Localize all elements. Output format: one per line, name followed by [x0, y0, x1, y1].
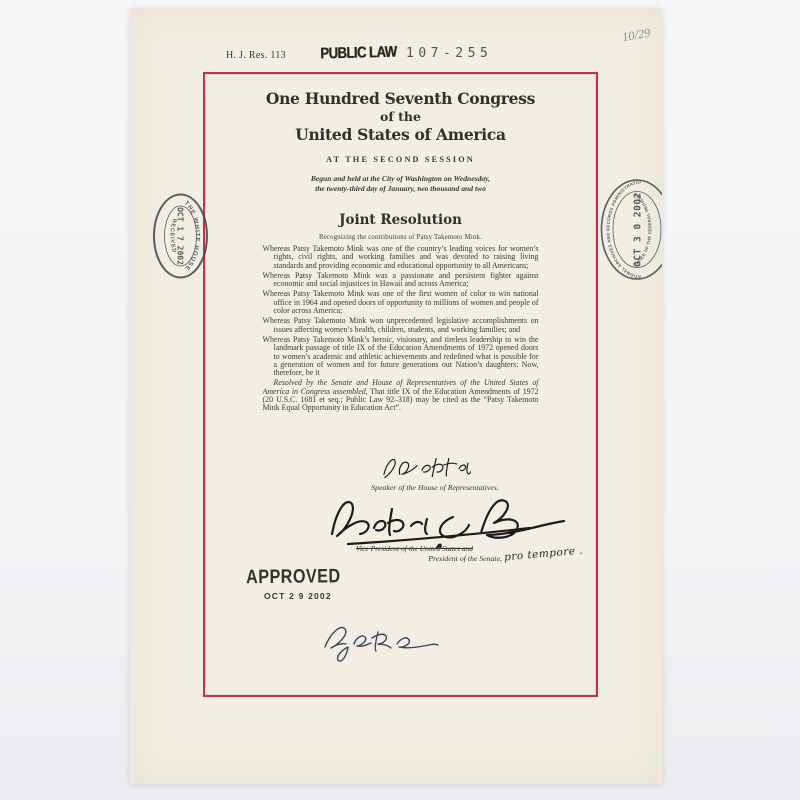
- red-border-frame: One Hundred Seventh Congress of the Unit…: [203, 72, 598, 697]
- public-law-number: 107-255: [406, 46, 492, 61]
- president-signature: [301, 617, 441, 667]
- resolution-number: H. J. Res. 113: [226, 50, 286, 61]
- photo-background: H. J. Res. 113 PUBLIC LAW 107-255 10/29 …: [0, 0, 800, 800]
- resolved-clause: Resolved by the Senate and House of Repr…: [263, 379, 539, 412]
- congress-title-line1: One Hundred Seventh Congress: [205, 90, 596, 107]
- pencil-note: 10/29: [621, 26, 652, 46]
- resolution-subtitle: Recognizing the contributions of Patsy T…: [205, 234, 596, 242]
- convening-line1: Begun and held at the City of Washington…: [205, 174, 596, 184]
- whereas-clause: Whereas Patsy Takemoto Mink’s heroic, vi…: [263, 336, 539, 377]
- svg-text:THE WHITE HOUSE: THE WHITE HOUSE: [183, 200, 200, 271]
- whereas-clause: Whereas Patsy Takemoto Mink was one of t…: [263, 290, 539, 315]
- white-house-stamp-top-text: THE WHITE HOUSE: [183, 200, 200, 271]
- approved-stamp: APPROVED: [246, 565, 341, 589]
- resolution-title: Joint Resolution: [205, 213, 596, 228]
- white-house-received-stamp: THE WHITE HOUSE RECEIVED OCT 1 7 2002: [153, 193, 209, 280]
- national-archives-stamp: NATIONAL ARCHIVES AND RECORDS ADMINISTRA…: [600, 179, 663, 281]
- whereas-clause: Whereas Patsy Takemoto Mink was one of t…: [263, 245, 539, 270]
- document-sheet: H. J. Res. 113 PUBLIC LAW 107-255 10/29 …: [130, 8, 662, 784]
- resolution-body: Whereas Patsy Takemoto Mink was one of t…: [263, 245, 539, 413]
- approved-date: OCT 2 9 2002: [264, 591, 332, 601]
- vp-label-struck: Vice President of the United States and: [356, 544, 506, 553]
- speaker-signature: [376, 452, 471, 484]
- whereas-clause: Whereas Patsy Takemoto Mink won unpreced…: [263, 317, 539, 334]
- convening-line2: the twenty-third day of January, two tho…: [205, 184, 596, 194]
- session-heading: AT THE SECOND SESSION: [205, 155, 596, 164]
- congress-title-line2: of the: [205, 110, 596, 124]
- public-law-stamp: PUBLIC LAW: [320, 42, 397, 62]
- senate-president-label: President of the Senate,: [355, 554, 502, 563]
- archives-stamp-date: OCT 3 0 2002: [633, 192, 644, 267]
- whereas-clause: Whereas Patsy Takemoto Mink was a passio…: [263, 272, 539, 289]
- white-house-stamp-date: OCT 1 7 2002: [176, 207, 185, 265]
- congress-title-line3: United States of America: [205, 126, 596, 143]
